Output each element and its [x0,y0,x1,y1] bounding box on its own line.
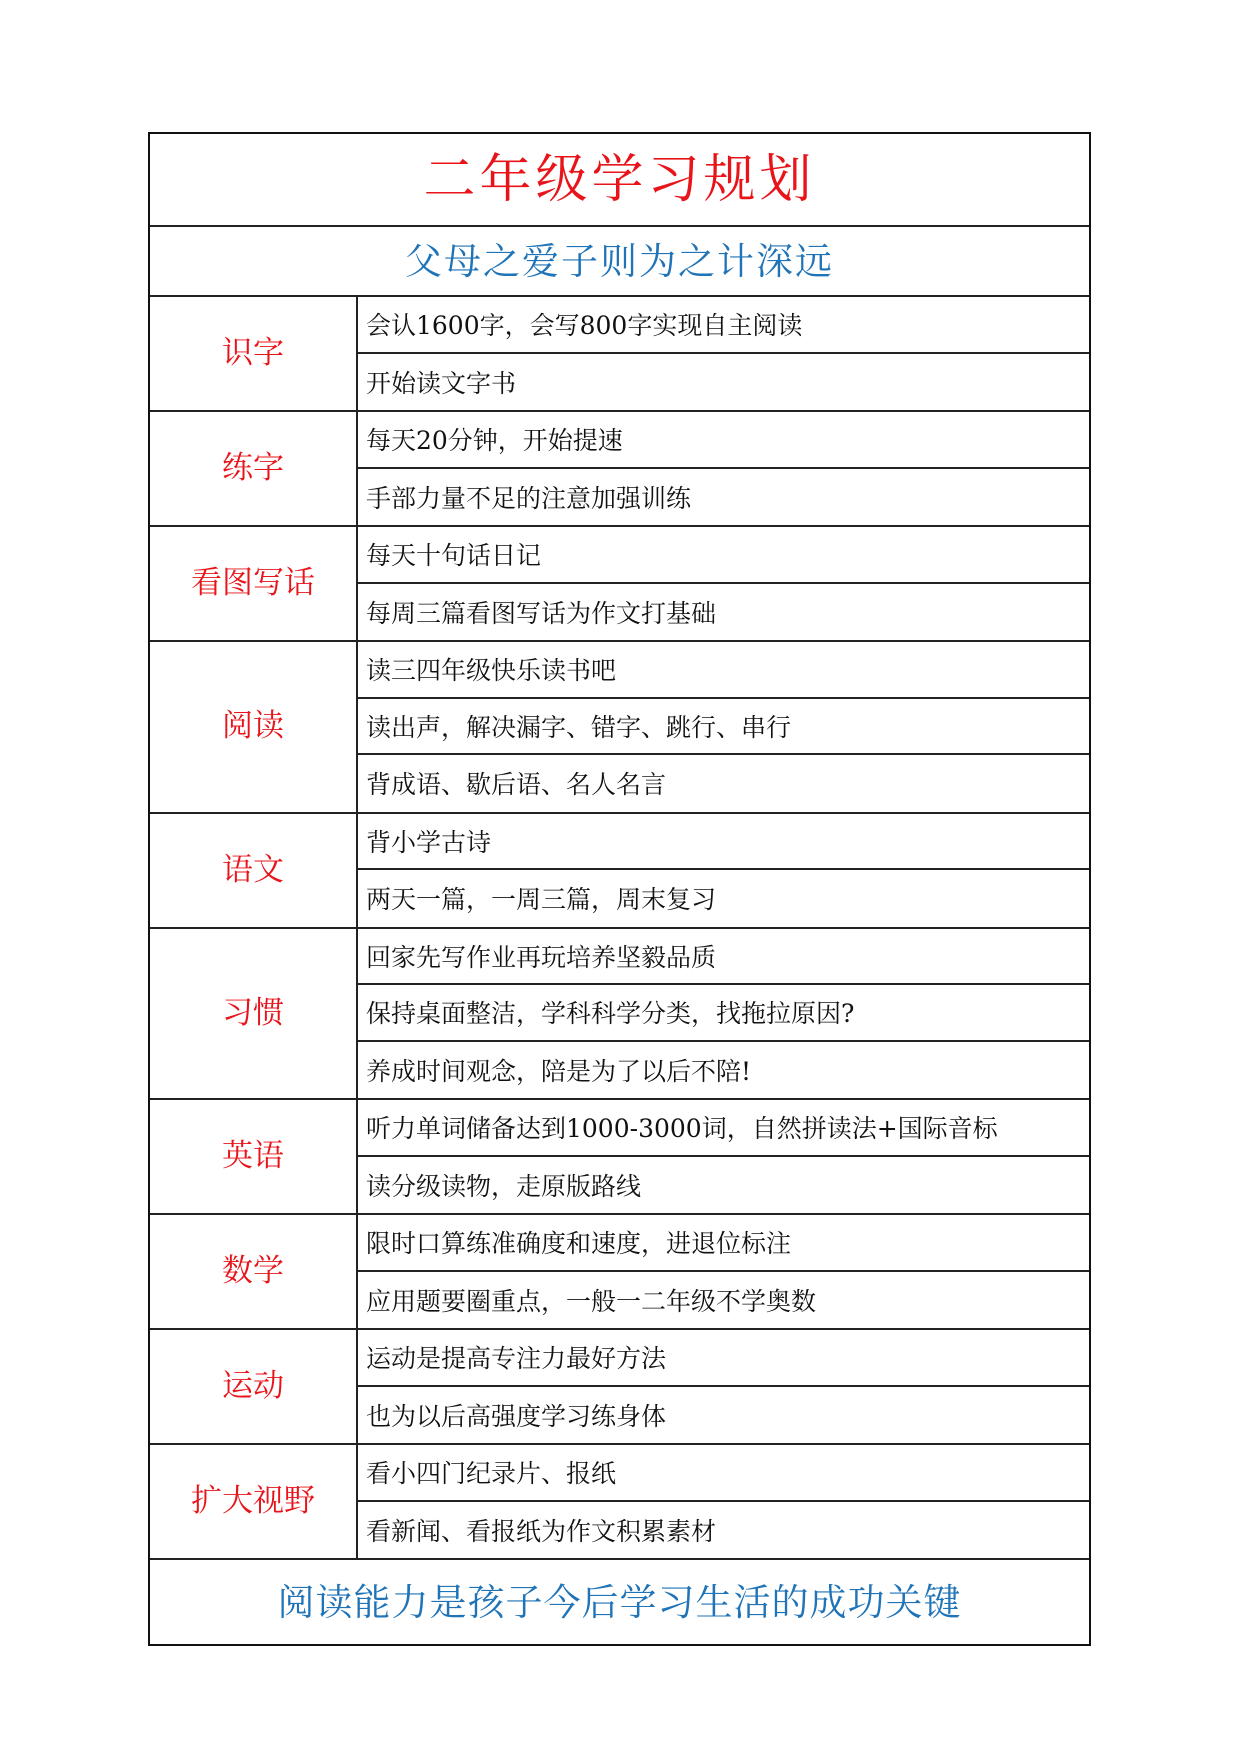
list-item: 两天一篇，一周三篇，周末复习 [358,870,1089,927]
list-item: 开始读文字书 [358,354,1089,411]
section-label: 扩大视野 [191,1486,315,1517]
list-item: 看小四门纪录片、报纸 [358,1445,1089,1502]
section-label: 运动 [222,1371,284,1402]
section-handwriting: 练字 每天20分钟，开始提速 手部力量不足的注意加强训练 [150,412,1089,527]
page-title: 二年级学习规划 [423,154,815,206]
list-item: 看新闻、看报纸为作文积累素材 [358,1502,1089,1559]
subtitle: 父母之爱子则为之计深远 [405,243,834,280]
section-reading: 阅读 读三四年级快乐读书吧 读出声，解决漏字、错字、跳行、串行 背成语、歇后语、… [150,642,1089,814]
section-items: 回家先写作业再玩培养坚毅品质 保持桌面整洁，学科科学分类，找拖拉原因? 养成时间… [358,929,1089,1099]
section-label-cell: 扩大视野 [150,1445,358,1558]
title-row: 二年级学习规划 [150,134,1089,227]
list-item: 每周三篇看图写话为作文打基础 [358,584,1089,641]
section-habits: 习惯 回家先写作业再玩培养坚毅品质 保持桌面整洁，学科科学分类，找拖拉原因? 养… [150,929,1089,1101]
section-label: 看图写话 [191,568,315,599]
section-english: 英语 听力单词储备达到1000-3000词，自然拼读法+国际音标 读分级读物，走… [150,1100,1089,1215]
list-item: 背成语、歇后语、名人名言 [358,755,1089,812]
section-items: 看小四门纪录片、报纸 看新闻、看报纸为作文积累素材 [358,1445,1089,1558]
section-label: 习惯 [222,998,284,1029]
list-item: 读三四年级快乐读书吧 [358,642,1089,699]
section-label-cell: 练字 [150,412,358,525]
list-item: 每天十句话日记 [358,527,1089,584]
section-label: 数学 [222,1256,284,1287]
section-label-cell: 阅读 [150,642,358,812]
section-label-cell: 习惯 [150,929,358,1099]
footer-slogan: 阅读能力是孩子今后学习生活的成功关键 [278,1584,962,1621]
section-label-cell: 识字 [150,297,358,410]
section-items: 会认1600字，会写800字实现自主阅读 开始读文字书 [358,297,1089,410]
study-plan-table: 二年级学习规划 父母之爱子则为之计深远 识字 会认1600字，会写800字实现自… [148,132,1091,1646]
section-math: 数学 限时口算练准确度和速度，进退位标注 应用题要圈重点，一般一二年级不学奥数 [150,1215,1089,1330]
section-label: 阅读 [222,711,284,742]
section-chinese: 语文 背小学古诗 两天一篇，一周三篇，周末复习 [150,814,1089,929]
section-items: 背小学古诗 两天一篇，一周三篇，周末复习 [358,814,1089,927]
footer-row: 阅读能力是孩子今后学习生活的成功关键 [150,1560,1089,1644]
list-item: 手部力量不足的注意加强训练 [358,469,1089,526]
section-label: 练字 [222,453,284,484]
list-item: 会认1600字，会写800字实现自主阅读 [358,297,1089,354]
list-item: 应用题要圈重点，一般一二年级不学奥数 [358,1272,1089,1329]
section-label-cell: 看图写话 [150,527,358,640]
section-label: 语文 [222,855,284,886]
section-items: 读三四年级快乐读书吧 读出声，解决漏字、错字、跳行、串行 背成语、歇后语、名人名… [358,642,1089,812]
section-label: 识字 [222,338,284,369]
list-item: 读分级读物，走原版路线 [358,1157,1089,1214]
section-items: 每天十句话日记 每周三篇看图写话为作文打基础 [358,527,1089,640]
section-items: 听力单词储备达到1000-3000词，自然拼读法+国际音标 读分级读物，走原版路… [358,1100,1089,1213]
list-item: 背小学古诗 [358,814,1089,871]
section-label: 英语 [222,1141,284,1172]
section-label-cell: 语文 [150,814,358,927]
list-item: 听力单词储备达到1000-3000词，自然拼读法+国际音标 [358,1100,1089,1157]
section-items: 限时口算练准确度和速度，进退位标注 应用题要圈重点，一般一二年级不学奥数 [358,1215,1089,1328]
section-picture-writing: 看图写话 每天十句话日记 每周三篇看图写话为作文打基础 [150,527,1089,642]
list-item: 运动是提高专注力最好方法 [358,1330,1089,1387]
section-literacy: 识字 会认1600字，会写800字实现自主阅读 开始读文字书 [150,297,1089,412]
list-item: 养成时间观念，陪是为了以后不陪! [358,1042,1089,1099]
section-broaden-horizons: 扩大视野 看小四门纪录片、报纸 看新闻、看报纸为作文积累素材 [150,1445,1089,1560]
section-label-cell: 数学 [150,1215,358,1328]
section-items: 运动是提高专注力最好方法 也为以后高强度学习练身体 [358,1330,1089,1443]
section-label-cell: 英语 [150,1100,358,1213]
list-item: 也为以后高强度学习练身体 [358,1387,1089,1444]
section-items: 每天20分钟，开始提速 手部力量不足的注意加强训练 [358,412,1089,525]
section-exercise: 运动 运动是提高专注力最好方法 也为以后高强度学习练身体 [150,1330,1089,1445]
list-item: 回家先写作业再玩培养坚毅品质 [358,929,1089,986]
list-item: 读出声，解决漏字、错字、跳行、串行 [358,699,1089,756]
subtitle-row: 父母之爱子则为之计深远 [150,227,1089,297]
list-item: 保持桌面整洁，学科科学分类，找拖拉原因? [358,985,1089,1042]
section-label-cell: 运动 [150,1330,358,1443]
list-item: 限时口算练准确度和速度，进退位标注 [358,1215,1089,1272]
list-item: 每天20分钟，开始提速 [358,412,1089,469]
